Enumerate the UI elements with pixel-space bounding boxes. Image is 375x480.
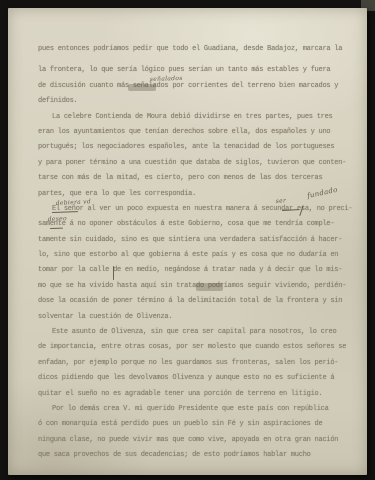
text-line: ninguna clase, no puede vivir mas que co… — [38, 433, 360, 448]
text-line: samente á no oponer obstáculos á este Go… — [38, 217, 360, 232]
text-line: La celebre Contienda de Moura debió divi… — [38, 110, 360, 125]
text-line: Este asunto de Olivenza, sin que crea se… — [38, 325, 360, 340]
text-line: Por lo demás crea V. mi querido Presiden… — [38, 402, 360, 417]
text-line: dose la ocasión de poner término á la de… — [38, 294, 360, 309]
scanned-letter-photo: pues entonces podríamos pedir que todo e… — [0, 0, 375, 480]
pen-blot-mark — [196, 283, 223, 291]
text-line: eran los ayuntamientos que tenían derech… — [38, 125, 360, 140]
text-line: pues entonces podríamos pedir que todo e… — [38, 42, 360, 57]
text-line: ó con monarquía está perdido pues un pue… — [38, 417, 360, 432]
text-line: portugués; los negociadores españoles, a… — [38, 140, 360, 155]
handwritten-annotation: deseo — [48, 215, 67, 223]
text-line: la frontera, lo que sería lógico pues se… — [38, 63, 360, 78]
typewritten-text: pues entonces podríamos pedir que todo e… — [38, 42, 360, 464]
text-line: que saca provechos de sus decadencias; d… — [38, 448, 360, 463]
text-line: tomar por la calle de en medio, negándos… — [38, 263, 360, 278]
handwritten-annotation: ser — [276, 197, 287, 205]
handwritten-annotation: señalados — [150, 75, 183, 83]
text-line: enfadan, por ejemplo porque no les guard… — [38, 356, 360, 371]
text-line: de discusión cuanto más señalados por co… — [38, 79, 360, 94]
text-line: solventar la cuestión de Olivenza. — [38, 310, 360, 325]
text-line: tarse con más de la mitad, es cierto, pe… — [38, 171, 360, 186]
text-line: de importancia, entre otras cosas, por s… — [38, 340, 360, 355]
text-line: lo, sino que estorbo al que gobierna á e… — [38, 248, 360, 263]
letter-page: pues entonces podríamos pedir que todo e… — [8, 8, 367, 475]
text-line: quitar el sueño no es agradable tener un… — [38, 387, 360, 402]
text-line: definidos. — [38, 94, 360, 109]
text-line: y para poner término a una cuestión que … — [38, 156, 360, 171]
pen-blot-mark — [128, 84, 156, 91]
text-line: tamente sin cuidado, sino es que sintier… — [38, 233, 360, 248]
text-line: dicos pidiendo que les devolvamos Oliven… — [38, 371, 360, 386]
